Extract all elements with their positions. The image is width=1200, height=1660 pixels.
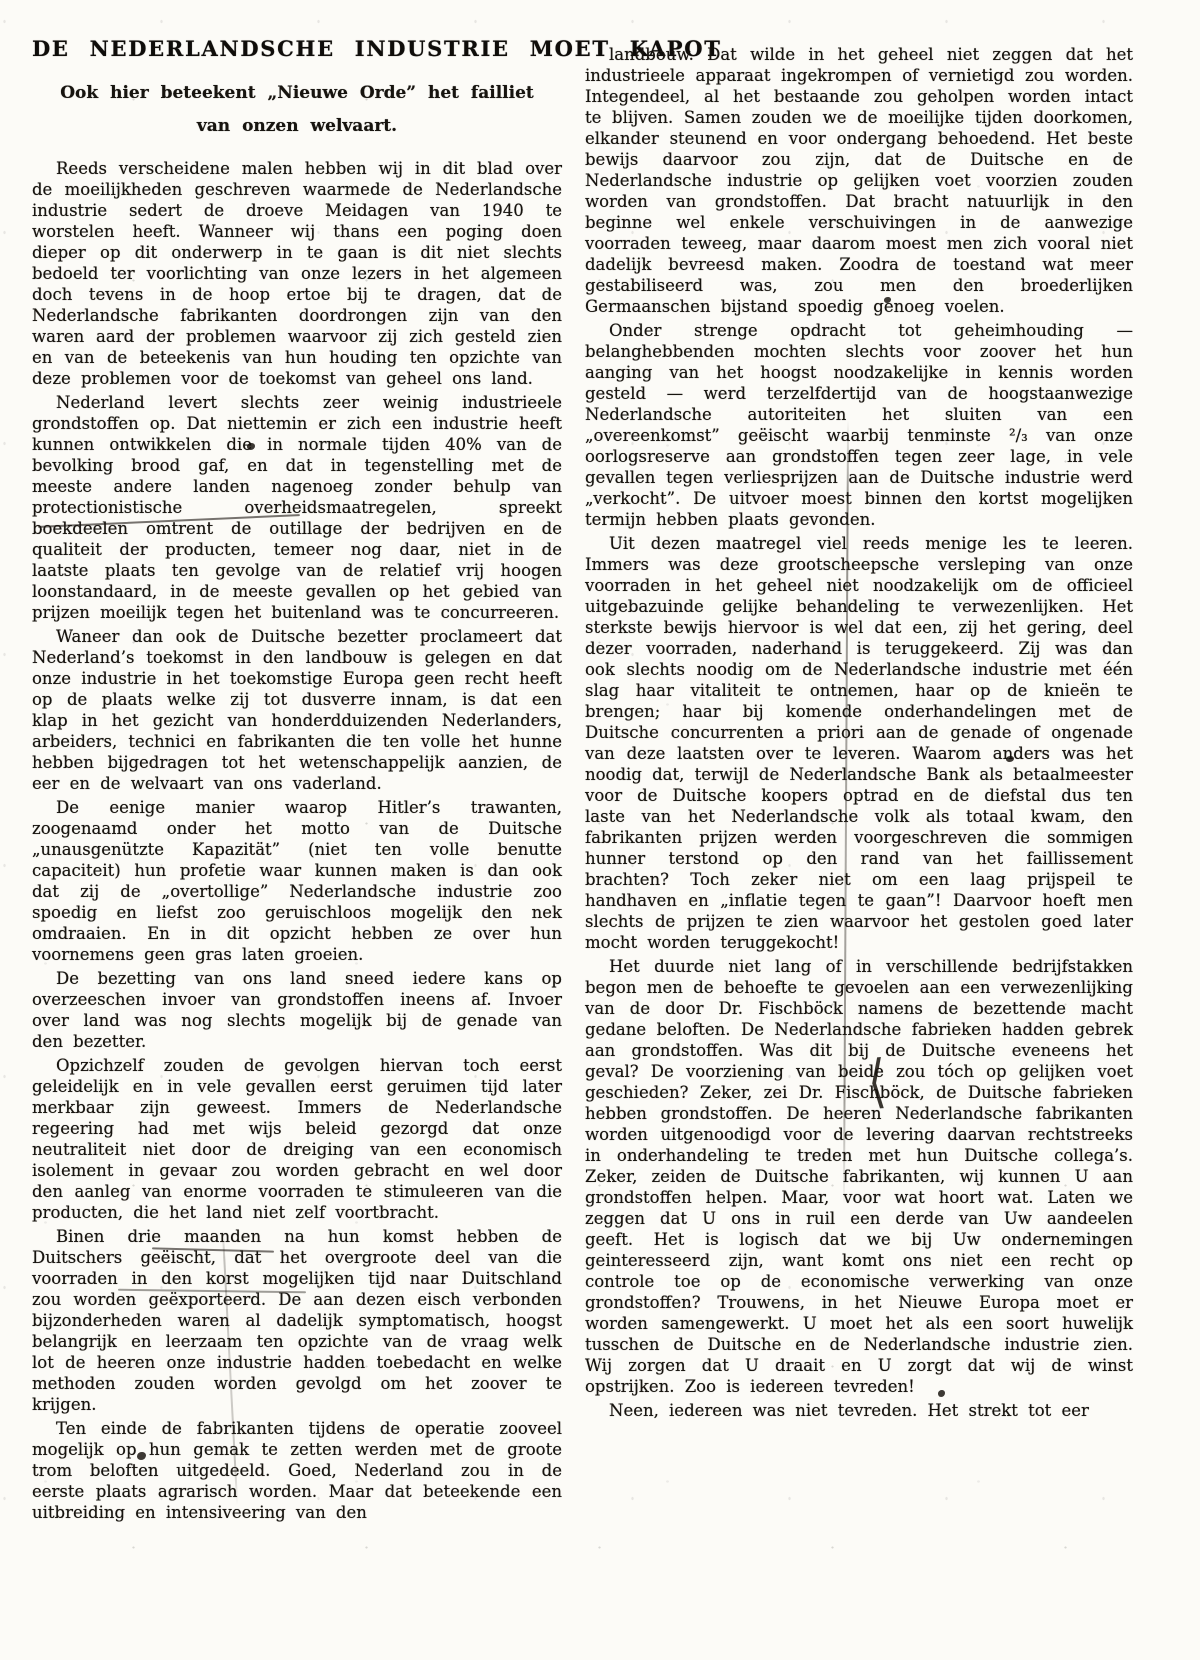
headline: DE NEDERLANDSCHE INDUSTRIE MOET KAPOT (32, 36, 562, 61)
scanned-newspaper-page: DE NEDERLANDSCHE INDUSTRIE MOET KAPOT Oo… (0, 0, 1200, 1660)
article-body-right: landbouw. Dat wilde in het geheel niet z… (585, 44, 1133, 1421)
paragraph: Reeds verscheidene malen hebben wij in d… (32, 158, 562, 389)
paragraph: Het duurde niet lang of in verschillende… (585, 956, 1133, 1397)
subheadline-line-2: van onzen welvaart. (197, 116, 397, 136)
subheadline-line-1: Ook hier beteekent „Nieuwe Orde” het fai… (60, 83, 534, 103)
paragraph: Onder strenge opdracht tot geheimhouding… (585, 320, 1133, 530)
paragraph: De bezetting van ons land sneed iedere k… (32, 968, 562, 1052)
paragraph: landbouw. Dat wilde in het geheel niet z… (585, 44, 1133, 317)
subheadline: Ook hier beteekent „Nieuwe Orde” het fai… (32, 77, 562, 143)
paragraph: Binen drie maanden na hun komst hebben d… (32, 1226, 562, 1415)
paragraph: Nederland levert slechts zeer weinig ind… (32, 392, 562, 623)
paragraph: Uit dezen maatregel viel reeds menige le… (585, 533, 1133, 953)
paragraph: Waneer dan ook de Duitsche bezetter proc… (32, 626, 562, 794)
column-left: DE NEDERLANDSCHE INDUSTRIE MOET KAPOT Oo… (32, 36, 562, 1523)
paragraph: Ten einde de fabrikanten tijdens de oper… (32, 1418, 562, 1523)
column-right: landbouw. Dat wilde in het geheel niet z… (585, 44, 1133, 1421)
pen-mark: ⟨ (866, 1052, 887, 1111)
paragraph: Opzichzelf zouden de gevolgen hiervan to… (32, 1055, 562, 1223)
paragraph: Neen, iedereen was niet tevreden. Het st… (585, 1400, 1133, 1421)
article-body-left: Reeds verscheidene malen hebben wij in d… (32, 158, 562, 1523)
paragraph: De eenige manier waarop Hitler’s trawant… (32, 797, 562, 965)
